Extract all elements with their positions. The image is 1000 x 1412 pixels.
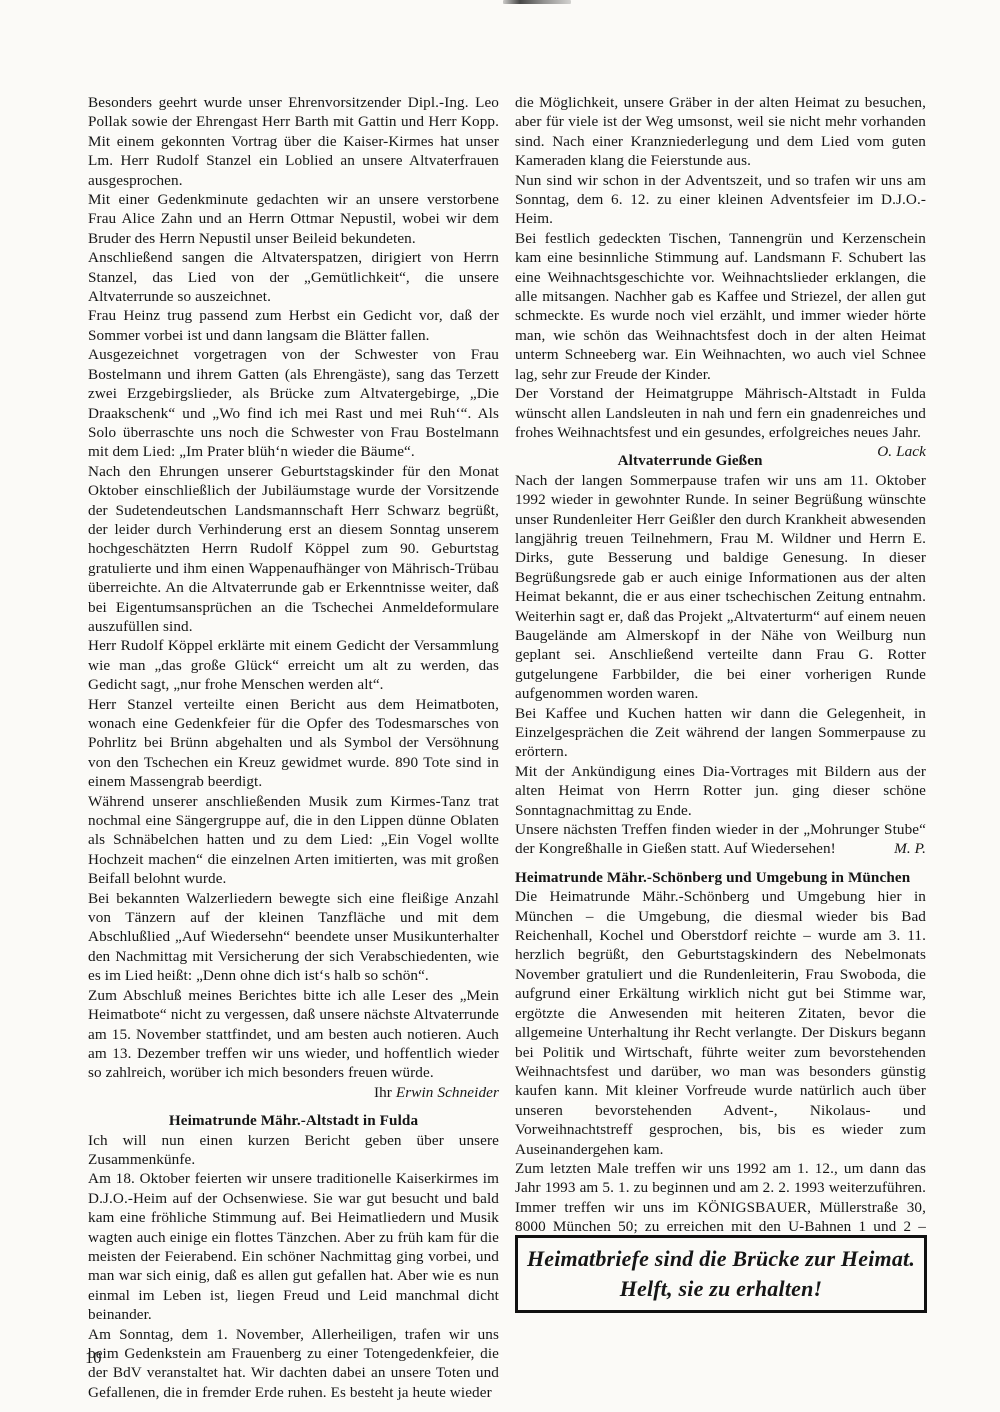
paragraph: Frau Heinz trug passend zum Herbst ein G… — [88, 306, 499, 345]
paragraph: Ausgezeichnet vorgetragen von der Schwes… — [88, 345, 499, 461]
paragraph-text: Am Sonntag, dem 1. November, Allerheilig… — [88, 1326, 499, 1401]
paragraph-text: Ich will nun einen kurzen Bericht geben … — [88, 1132, 499, 1168]
paragraph-text: Frau Heinz trug passend zum Herbst ein G… — [88, 307, 499, 343]
paragraph-text: Mit der Ankündigung eines Dia-Vortrages … — [515, 763, 926, 819]
paragraph: Besonders geehrt wurde unser Ehrenvorsit… — [88, 93, 499, 190]
paragraph-text: Bei bekannten Walzerliedern bewegte sich… — [88, 890, 499, 985]
paragraph-text: Nach der langen Sommerpause trafen wir u… — [515, 472, 926, 702]
newsletter-page: Besonders geehrt wurde unser Ehrenvorsit… — [0, 0, 1000, 1412]
paragraph-text: Der Vorstand der Heimatgruppe Mährisch-A… — [515, 385, 926, 441]
paragraph: Unsere nächsten Treffen finden wieder in… — [515, 820, 926, 859]
paragraph: Der Vorstand der Heimatgruppe Mährisch-A… — [515, 384, 926, 442]
paragraph: Mit der Ankündigung eines Dia-Vortrages … — [515, 762, 926, 820]
paragraph: Die Heimatrunde Mähr.-Schönberg und Umge… — [515, 887, 926, 1159]
paragraph-text: Besonders geehrt wurde unser Ehrenvorsit… — [88, 94, 499, 189]
notice-line-1: Heimatbriefe sind die Brücke zur Heimat. — [527, 1245, 915, 1273]
paragraph: Am 18. Oktober feierten wir unsere tradi… — [88, 1169, 499, 1324]
paragraph: Anschließend sangen die Altvaterspatzen,… — [88, 248, 499, 306]
paragraph: Bei Kaffee und Kuchen hatten wir dann di… — [515, 704, 926, 762]
paragraph-text: Ausgezeichnet vorgetragen von der Schwes… — [88, 346, 499, 460]
author-initials: M. P. — [882, 839, 926, 858]
paragraph: Herr Stanzel verteilte einen Bericht aus… — [88, 695, 499, 792]
paragraph-text: Bei Kaffee und Kuchen hatten wir dann di… — [515, 705, 926, 761]
paragraph: Nach der langen Sommerpause trafen wir u… — [515, 471, 926, 704]
paragraph-text: Bei festlich gedeckten Tischen, Tannengr… — [515, 230, 926, 383]
page-number: 10 — [85, 1348, 102, 1368]
paragraph: Am Sonntag, dem 1. November, Allerheilig… — [88, 1325, 499, 1403]
signature-prefix: Ihr — [374, 1084, 396, 1101]
paragraph-text: Zum Abschluß meines Berichtes bitte ich … — [88, 987, 499, 1082]
paragraph: Während unserer anschließenden Musik zum… — [88, 792, 499, 889]
paragraph: Herr Rudolf Köppel erklärte mit einem Ge… — [88, 636, 499, 694]
notice-line-2: Helft, sie zu erhalten! — [620, 1275, 823, 1303]
paragraph-text: Mit einer Gedenkminute gedachten wir an … — [88, 191, 499, 247]
paragraph-text: Während unserer anschließenden Musik zum… — [88, 793, 499, 888]
paragraph-text: Am 18. Oktober feierten wir unsere tradi… — [88, 1170, 499, 1323]
paragraph-text: Nach den Ehrungen unserer Geburtstagskin… — [88, 463, 499, 635]
paragraph-text: Die Heimatrunde Mähr.-Schönberg und Umge… — [515, 888, 926, 1157]
signature-name: Erwin Schneider — [396, 1084, 499, 1101]
paragraph-text: die Möglichkeit, unsere Gräber in der al… — [515, 94, 926, 169]
paragraph: Bei festlich gedeckten Tischen, Tannengr… — [515, 229, 926, 384]
author-initials: O. Lack — [865, 442, 926, 461]
paragraph: Nun sind wir schon in der Adventszeit, u… — [515, 171, 926, 229]
paragraph-text: Unsere nächsten Treffen finden wieder in… — [515, 821, 926, 857]
left-column: Besonders geehrt wurde unser Ehrenvorsit… — [88, 93, 499, 1402]
scan-artifact — [503, 0, 571, 4]
right-column: die Möglichkeit, unsere Gräber in der al… — [515, 93, 926, 1275]
paragraph: Zum Abschluß meines Berichtes bitte ich … — [88, 986, 499, 1083]
paragraph-text: Herr Rudolf Köppel erklärte mit einem Ge… — [88, 637, 499, 693]
author-signature: Ihr Erwin Schneider — [88, 1083, 499, 1102]
section-heading: Heimatrunde Mähr.-Schönberg und Umgebung… — [515, 868, 926, 887]
notice-box: Heimatbriefe sind die Brücke zur Heimat.… — [515, 1235, 927, 1313]
paragraph-text: Nun sind wir schon in der Adventszeit, u… — [515, 172, 926, 228]
paragraph: die Möglichkeit, unsere Gräber in der al… — [515, 93, 926, 171]
paragraph: Mit einer Gedenkminute gedachten wir an … — [88, 190, 499, 248]
paragraph: Bei bekannten Walzerliedern bewegte sich… — [88, 889, 499, 986]
paragraph: Ich will nun einen kurzen Bericht geben … — [88, 1131, 499, 1170]
section-heading: Heimatrunde Mähr.-Altstadt in Fulda — [88, 1111, 499, 1130]
paragraph: Nach den Ehrungen unserer Geburtstagskin… — [88, 462, 499, 637]
paragraph-text: Herr Stanzel verteilte einen Bericht aus… — [88, 696, 499, 791]
paragraph-text: Anschließend sangen die Altvaterspatzen,… — [88, 249, 499, 305]
